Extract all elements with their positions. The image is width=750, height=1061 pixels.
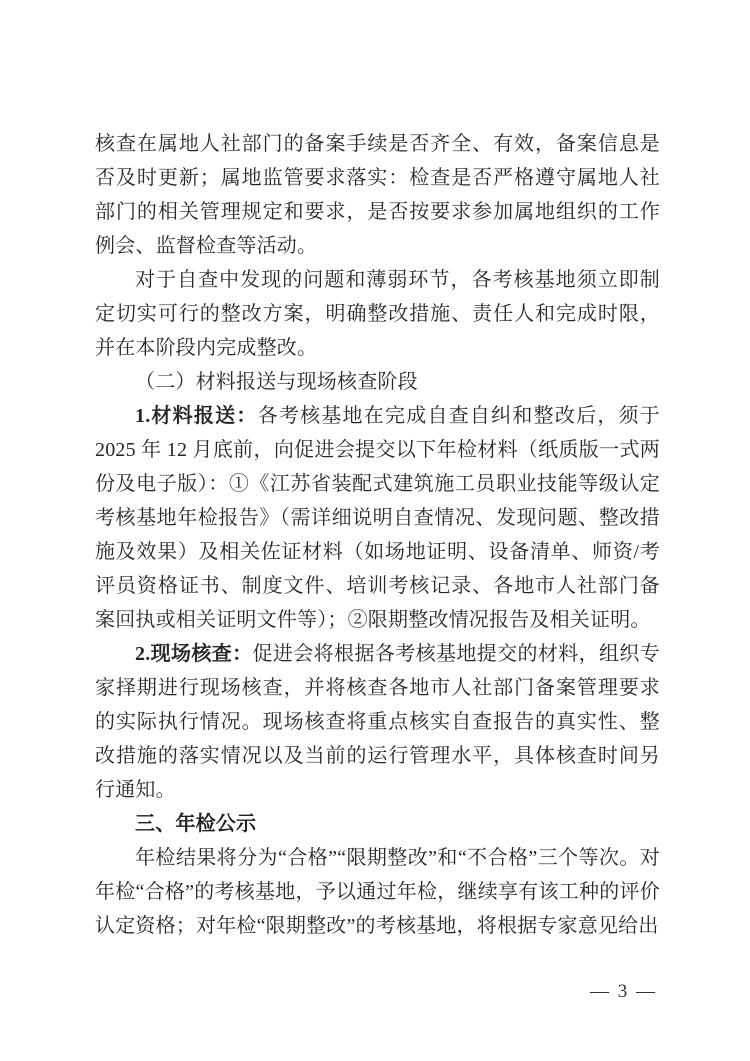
document-body: 核查在属地人社部门的备案手续是否齐全、有效，备案信息是否及时更新；属地监管要求落… — [95, 127, 660, 943]
paragraph-continuation: 核查在属地人社部门的备案手续是否齐全、有效，备案信息是否及时更新；属地监管要求落… — [95, 127, 660, 263]
section-heading-text: 三、年检公示 — [135, 813, 256, 835]
document-page: 核查在属地人社部门的备案手续是否齐全、有效，备案信息是否及时更新；属地监管要求落… — [0, 0, 750, 1061]
paragraph-text: （二）材料报送与现场核查阶段 — [135, 371, 418, 393]
paragraph-text: 对于自查中发现的问题和薄弱环节，各考核基地须立即制定切实可行的整改方案，明确整改… — [95, 269, 660, 359]
paragraph-text: 核查在属地人社部门的备案手续是否齐全、有效，备案信息是否及时更新；属地监管要求落… — [95, 133, 660, 257]
paragraph: 年检结果将分为“合格”“限期整改”和“不合格”三个等次。对年检“合格”的考核基地… — [95, 841, 660, 943]
paragraph-lead: 1.材料报送： — [135, 405, 258, 427]
page-number: — 3 — — [590, 981, 657, 1003]
section-heading: 三、年检公示 — [95, 807, 660, 841]
paragraph: 对于自查中发现的问题和薄弱环节，各考核基地须立即制定切实可行的整改方案，明确整改… — [95, 263, 660, 365]
paragraph-onsite-check: 2.现场核查：促进会将根据各考核基地提交的材料，组织专家择期进行现场核查，并将核… — [95, 637, 660, 807]
subsection-heading: （二）材料报送与现场核查阶段 — [95, 365, 660, 399]
paragraph-material-submission: 1.材料报送：各考核基地在完成自查自纠和整改后，须于 2025 年 12 月底前… — [95, 399, 660, 637]
paragraph-text: 各考核基地在完成自查自纠和整改后，须于 2025 年 12 月底前，向促进会提交… — [95, 405, 660, 631]
paragraph-lead: 2.现场核查： — [135, 643, 253, 665]
page-number-text: — 3 — — [590, 981, 657, 1002]
paragraph-text: 促进会将根据各考核基地提交的材料，组织专家择期进行现场核查，并将核查各地市人社部… — [95, 643, 660, 801]
paragraph-text: 年检结果将分为“合格”“限期整改”和“不合格”三个等次。对年检“合格”的考核基地… — [95, 847, 660, 937]
